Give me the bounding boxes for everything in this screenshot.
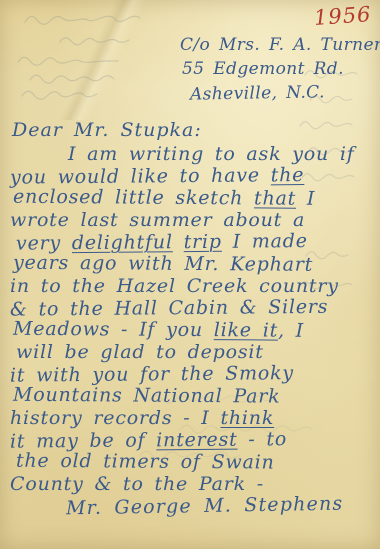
address-line-3: Asheville, N.C. (190, 79, 380, 106)
letter-line: & to the Hall Cabin & Silers (10, 295, 380, 320)
letter-line: Meadows - If you like it, I (13, 318, 380, 343)
letter-line: years ago with Mr. Kephart (13, 252, 380, 277)
letter-body: I am writing to ask you ifyou would like… (10, 143, 380, 495)
letter-line: history records - I think (10, 407, 380, 429)
letter-line: County & to the Park - (10, 473, 380, 495)
letter-line: I am writing to ask you if (68, 143, 380, 165)
letter-line: very delightful trip I made (16, 229, 380, 254)
address-line-2: 55 Edgemont Rd. (182, 57, 380, 81)
address-line-1: C/o Mrs. F. A. Turner (180, 33, 380, 57)
letter-line: you would like to have the (10, 163, 380, 188)
letter-page: 1956 C/o Mrs. F. A. Turner 55 Edgemont R… (0, 0, 380, 549)
return-address: C/o Mrs. F. A. Turner 55 Edgemont Rd. As… (180, 33, 380, 105)
salutation: Dear Mr. Stupka: (12, 119, 202, 141)
letter-line: it with you for the Smoky (10, 361, 380, 386)
letter-line: will be glad to deposit (16, 341, 380, 363)
letter-line: it may be of interest - to (10, 427, 380, 452)
letter-line: the old timers of Swain (16, 450, 380, 475)
year-annotation: 1956 (313, 2, 372, 30)
letter-line: Mountains National Park (13, 384, 380, 409)
letter-line: in to the Hazel Creek country (10, 275, 380, 297)
letter-line: enclosed little sketch that I (13, 186, 380, 211)
signature: Mr. George M. Stephens (66, 493, 344, 520)
letter-line: wrote last summer about a (10, 209, 380, 231)
